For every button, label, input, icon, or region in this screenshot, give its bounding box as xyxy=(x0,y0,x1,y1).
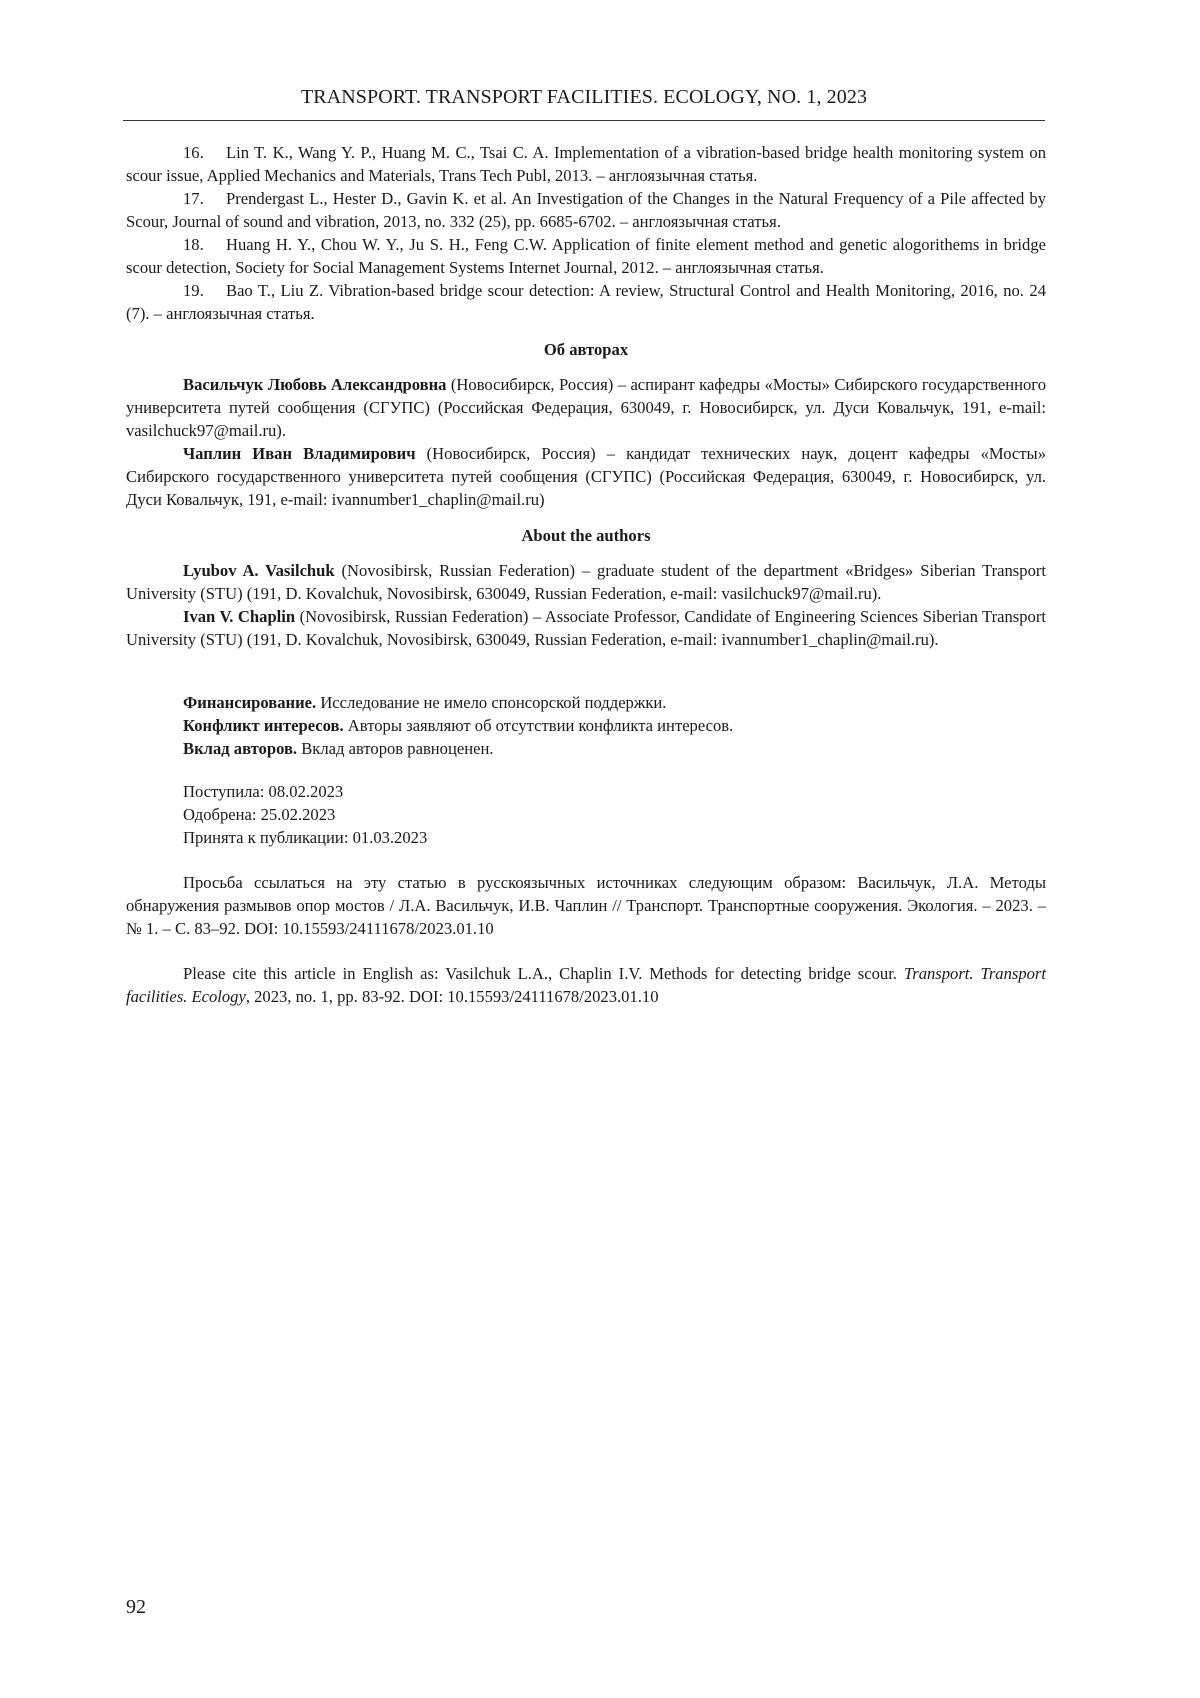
author-en-entry: Lyubov A. Vasilchuk (Novosibirsk, Russia… xyxy=(126,559,1046,605)
declaration-text: Авторы заявляют об отсутствии конфликта … xyxy=(344,716,734,735)
declaration-contribution: Вклад авторов. Вклад авторов равноценен. xyxy=(126,737,1046,760)
spacer xyxy=(126,849,1046,871)
author-ru-entry: Васильчук Любовь Александровна (Новосиби… xyxy=(126,373,1046,442)
header-rule xyxy=(123,120,1045,121)
date-received: Поступила: 08.02.2023 xyxy=(126,780,1046,803)
reference-text: Huang H. Y., Chou W. Y., Ju S. H., Feng … xyxy=(126,235,1046,277)
declaration-text: Вклад авторов равноценен. xyxy=(297,739,493,758)
declaration-text: Исследование не имело спонсорской поддер… xyxy=(316,693,666,712)
citation-ru: Просьба ссылаться на эту статью в русско… xyxy=(126,871,1046,940)
reference-item: 19.Bao T., Liu Z. Vibration-based bridge… xyxy=(126,279,1046,325)
author-ru-entry: Чаплин Иван Владимирович (Новосибирск, Р… xyxy=(126,442,1046,511)
declaration-label: Вклад авторов. xyxy=(183,739,297,758)
citation-en-suffix: , 2023, no. 1, pp. 83-92. DOI: 10.15593/… xyxy=(246,987,659,1006)
date-accepted: Принята к публикации: 01.03.2023 xyxy=(126,826,1046,849)
declarations: Финансирование. Исследование не имело сп… xyxy=(126,691,1046,760)
reference-item: 16.Lin T. K., Wang Y. P., Huang M. C., T… xyxy=(126,141,1046,187)
reference-text: Bao T., Liu Z. Vibration-based bridge sc… xyxy=(126,281,1046,323)
reference-item: 17.Prendergast L., Hester D., Gavin K. e… xyxy=(126,187,1046,233)
reference-text: Prendergast L., Hester D., Gavin K. et a… xyxy=(126,189,1046,231)
reference-text: Lin T. K., Wang Y. P., Huang M. C., Tsai… xyxy=(126,143,1046,185)
author-en-entry: Ivan V. Chaplin (Novosibirsk, Russian Fe… xyxy=(126,605,1046,651)
declaration-conflict: Конфликт интересов. Авторы заявляют об о… xyxy=(126,714,1046,737)
author-name: Чаплин Иван Владимирович xyxy=(183,444,416,463)
authors-en-title: About the authors xyxy=(126,524,1046,547)
running-title: TRANSPORT. TRANSPORT FACILITIES. ECOLOGY… xyxy=(123,86,1045,109)
spacer xyxy=(126,651,1046,691)
author-name: Lyubov A. Vasilchuk xyxy=(183,561,335,580)
reference-number: 18. xyxy=(183,233,226,256)
reference-item: 18.Huang H. Y., Chou W. Y., Ju S. H., Fe… xyxy=(126,233,1046,279)
declaration-label: Финансирование. xyxy=(183,693,316,712)
reference-list: 16.Lin T. K., Wang Y. P., Huang M. C., T… xyxy=(126,141,1046,325)
spacer xyxy=(126,940,1046,962)
date-approved: Одобрена: 25.02.2023 xyxy=(126,803,1046,826)
reference-number: 19. xyxy=(183,279,226,302)
citation-en-prefix: Please cite this article in English as: … xyxy=(183,964,904,983)
reference-number: 17. xyxy=(183,187,226,210)
citation-en: Please cite this article in English as: … xyxy=(126,962,1046,1008)
declaration-label: Конфликт интересов. xyxy=(183,716,344,735)
author-name: Васильчук Любовь Александровна xyxy=(183,375,446,394)
declaration-funding: Финансирование. Исследование не имело сп… xyxy=(126,691,1046,714)
author-name: Ivan V. Chaplin xyxy=(183,607,295,626)
page-number: 92 xyxy=(126,1596,146,1619)
document-page: TRANSPORT. TRANSPORT FACILITIES. ECOLOGY… xyxy=(0,0,1200,1698)
article-dates: Поступила: 08.02.2023 Одобрена: 25.02.20… xyxy=(126,780,1046,849)
page-body: 16.Lin T. K., Wang Y. P., Huang M. C., T… xyxy=(126,141,1046,1008)
reference-number: 16. xyxy=(183,141,226,164)
spacer xyxy=(126,760,1046,780)
authors-ru-title: Об авторах xyxy=(126,338,1046,361)
